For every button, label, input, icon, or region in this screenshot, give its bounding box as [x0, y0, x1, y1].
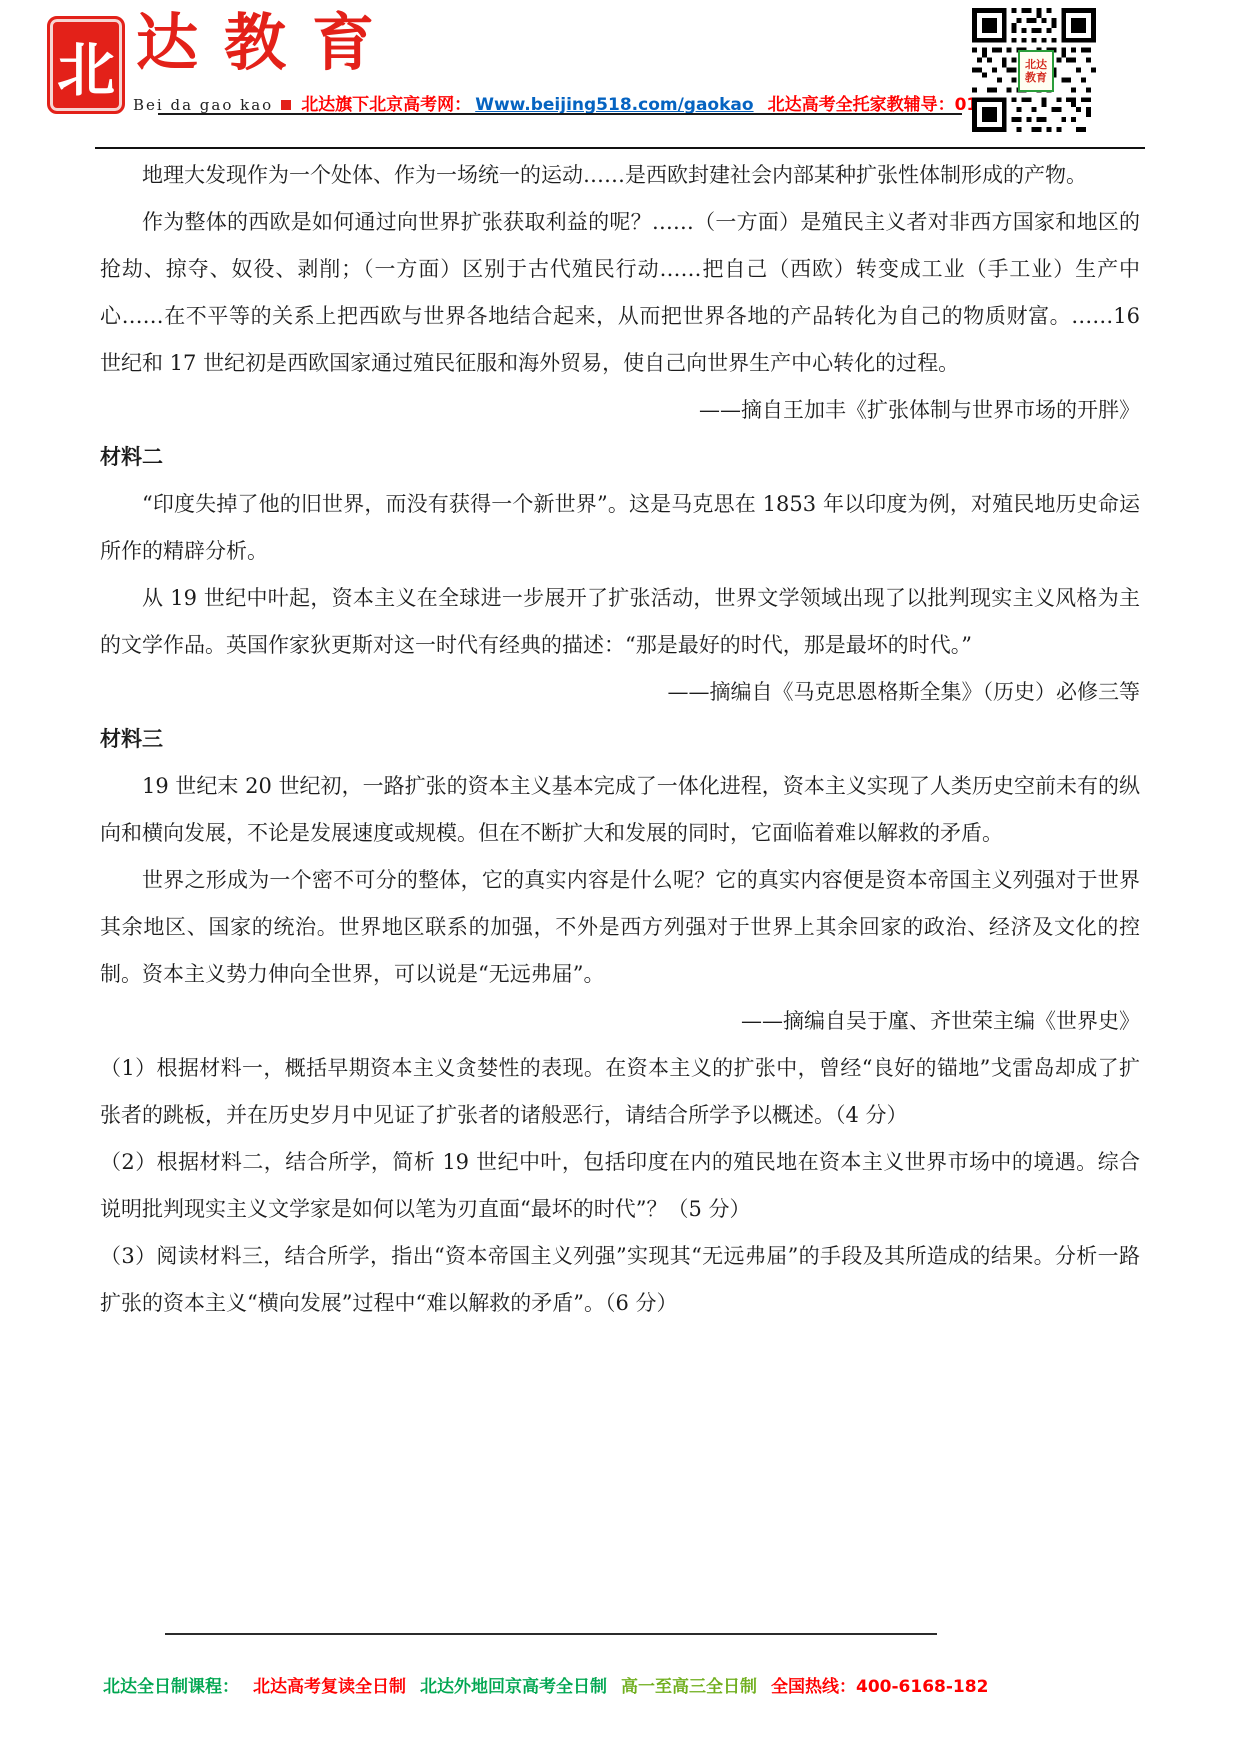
- question-2: （2）根据材料二，结合所学，简析 19 世纪中叶，包括印度在内的殖民地在资本主义…: [100, 1139, 1140, 1233]
- gaokao-site-link[interactable]: Www.beijing518.com/gaokao: [475, 95, 753, 115]
- qr-center-line1: 北达: [1025, 58, 1047, 71]
- question-1: （1）根据材料一，概括早期资本主义贪婪性的表现。在资本主义的扩张中，曾经“良好的…: [100, 1045, 1140, 1139]
- qr-center-line2: 教育: [1025, 71, 1047, 84]
- attribution-material3: ——摘编自吴于廑、齐世荣主编《世界史》: [100, 998, 1140, 1045]
- footer-divider: [165, 1633, 937, 1635]
- brand-seal-logo: 北: [47, 16, 125, 114]
- paragraph-material3-main: 世界之形成为一个密不可分的整体，它的真实内容是什么呢？它的真实内容便是资本帝国主…: [100, 857, 1140, 998]
- footer-hotline: 全国热线：400-6168-182: [771, 1677, 988, 1697]
- heading-material3: 材料三: [100, 716, 1140, 763]
- header-info-row: Bei da gao kao北达旗下北京高考网：Www.beijing518.c…: [133, 90, 1092, 115]
- footer-label-courses: 北达全日制课程：: [103, 1677, 239, 1697]
- paragraph-material2-quote: “印度失掉了他的旧世界，而没有获得一个新世界”。这是马克思在 1853 年以印度…: [100, 481, 1140, 575]
- document-page: 北 达教育 Bei da gao kao北达旗下北京高考网：Www.beijin…: [0, 0, 1240, 1754]
- attribution-material1: ——摘自王加丰《扩张体制与世界市场的开胖》: [100, 387, 1140, 434]
- footer: 北达全日制课程：北达高考复读全日制北达外地回京高考全日制高一至高三全日制全国热线…: [103, 1672, 1153, 1697]
- question-3: （3）阅读材料三，结合所学，指出“资本帝国主义列强”实现其“无远弗届”的手段及其…: [100, 1233, 1140, 1327]
- document-body: 地理大发现作为一个处体、作为一场统一的运动……是西欧封建社会内部某种扩张性体制形…: [100, 152, 1140, 1327]
- brand-name: 达教育: [136, 6, 400, 80]
- paragraph-material1-main: 作为整体的西欧是如何通过向世界扩张获取利益的呢？……（一方面）是殖民主义者对非西…: [100, 199, 1140, 387]
- site-label: 北达旗下北京高考网：: [301, 95, 471, 115]
- footer-course-waidi: 北达外地回京高考全日制: [420, 1677, 607, 1697]
- seal-character: 北: [57, 23, 115, 107]
- footer-course-gaoyi: 高一至高三全日制: [621, 1677, 757, 1697]
- paragraph-material2-main: 从 19 世纪中叶起，资本主义在全球进一步展开了扩张活动，世界文学领域出现了以批…: [100, 575, 1140, 669]
- paragraph-material1-intro: 地理大发现作为一个处体、作为一场统一的运动……是西欧封建社会内部某种扩张性体制形…: [100, 152, 1140, 199]
- heading-material2: 材料二: [100, 434, 1140, 481]
- footer-course-fudu: 北达高考复读全日制: [253, 1677, 406, 1697]
- attribution-material2: ——摘编自《马克思恩格斯全集》（历史）必修三等: [100, 669, 1140, 716]
- brand-pinyin: Bei da gao kao: [133, 96, 273, 114]
- header-underline: [158, 113, 962, 115]
- qr-center-logo: 北达 教育: [1018, 50, 1054, 92]
- paragraph-material3-intro: 19 世纪末 20 世纪初，一路扩张的资本主义基本完成了一体化进程，资本主义实现…: [100, 763, 1140, 857]
- qr-code: 北达 教育: [972, 8, 1096, 132]
- red-square-bullet-icon: [281, 100, 291, 110]
- header-divider: [95, 147, 1145, 149]
